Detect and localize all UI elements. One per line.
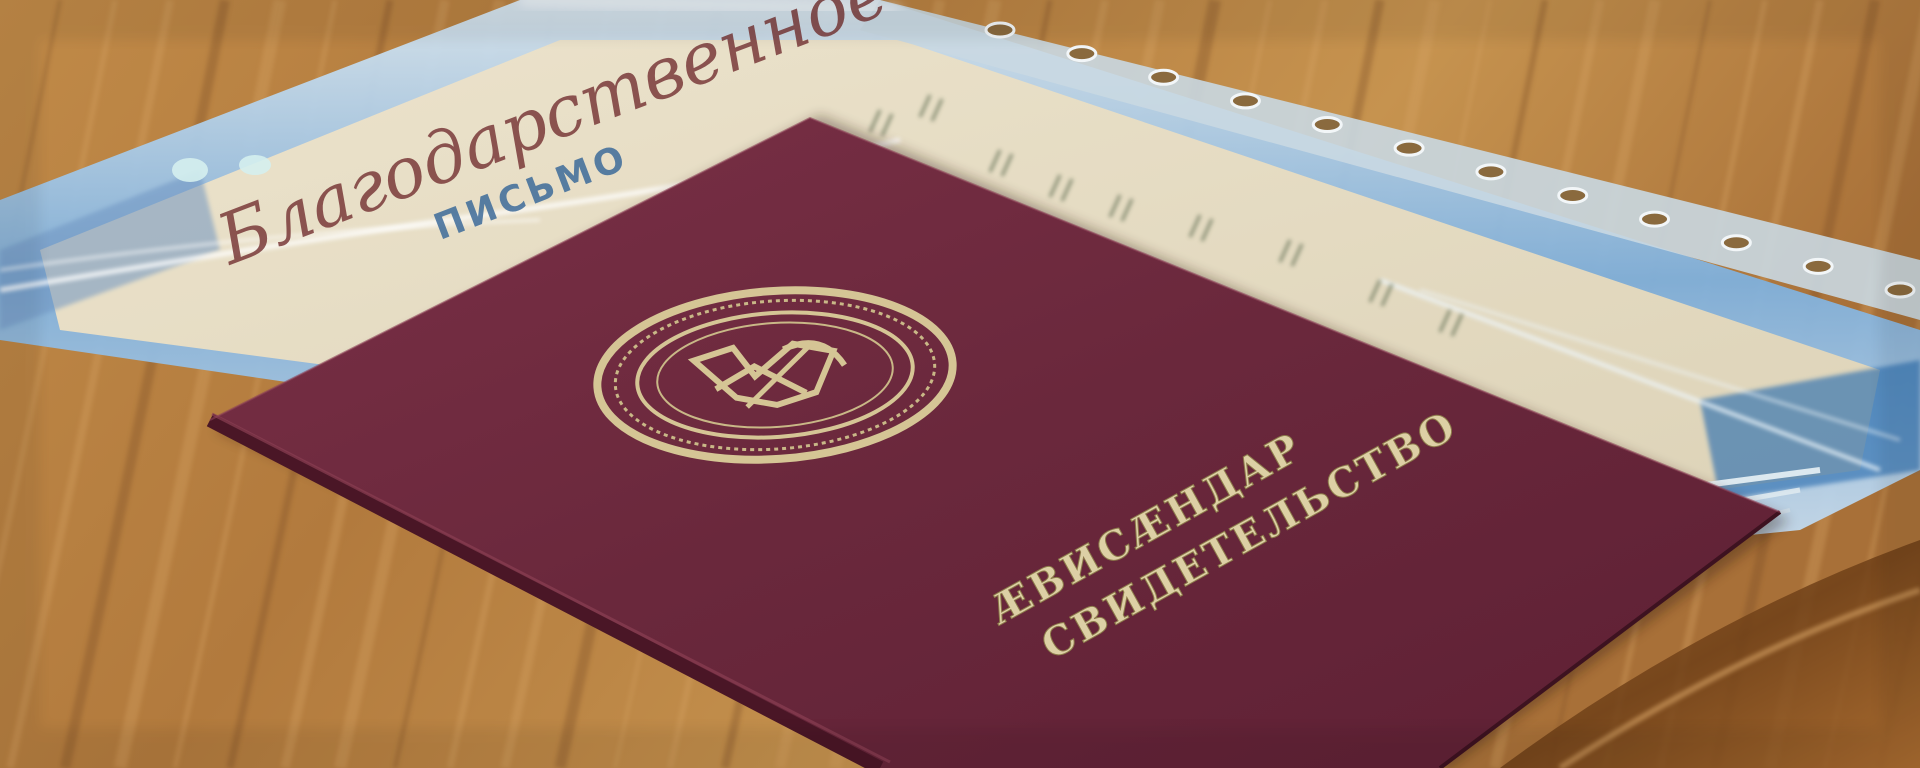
photo-scene: Благодарственное ПИСЬМО: [0, 0, 1920, 768]
scene-canvas: Благодарственное ПИСЬМО: [0, 0, 1920, 768]
certificate-booklet: [0, 0, 1920, 768]
